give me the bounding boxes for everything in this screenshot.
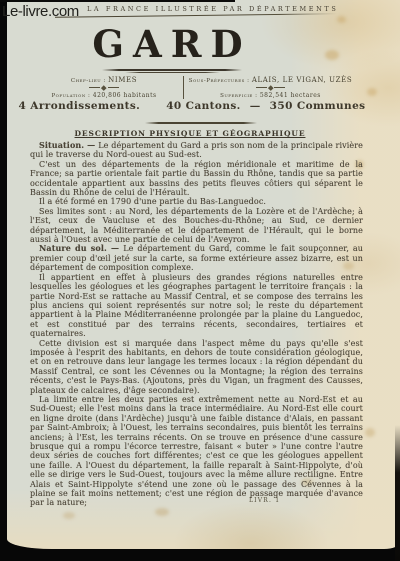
info-vertical-rule: [183, 76, 184, 99]
chef-lieu-label: Chef-lieu :: [71, 78, 106, 84]
signature-mark: LIVR. 1: [249, 497, 280, 504]
paragraph-text: Cette division est si marquée dans l'asp…: [30, 339, 363, 395]
sous-prefectures-label: Sous-Préfectures :: [189, 78, 250, 84]
paragraph: Il a été formé en 1790 d'une partie du B…: [30, 197, 363, 206]
paragraph-text: La limite entre les deux parties est ext…: [30, 395, 363, 507]
collection-header: LA FRANCE ILLUSTRÉE PAR DÉPARTEMENTS: [87, 5, 312, 13]
scanned-book-photo: { "watermark": "Le-livre.com", "collecti…: [0, 0, 400, 561]
title-underline-2: [125, 72, 220, 73]
arrondissements-count: 4 Arrondissements.: [19, 100, 141, 112]
paragraph: Cette division est si marquée dans l'asp…: [30, 339, 363, 395]
title-underline: [102, 69, 242, 71]
population-value: 420,806 habitants: [93, 92, 157, 99]
paragraph-lead: Nature du sol. —: [39, 243, 123, 253]
scan-top-edge: [0, 0, 235, 2]
cantons-count: 40 Cantons.: [166, 100, 241, 112]
body-text: Situation. — Le département du Gard a pr…: [30, 141, 363, 508]
section-heading: DESCRIPTION PHYSIQUE ET GÉOGRAPHIQUE: [25, 129, 355, 138]
department-info-block: Chef-lieu : NIMES Population : 420,806 h…: [29, 76, 353, 99]
superficie-value: 582,541 hectares: [260, 92, 321, 99]
divisions-separator: —: [250, 100, 261, 112]
foxing-spot: [337, 16, 346, 23]
administrative-divisions-line: 4 Arrondissements. 40 Cantons. — 350 Com…: [37, 100, 347, 112]
chef-lieu-line: Chef-lieu : NIMES: [29, 76, 179, 84]
book-page: LA FRANCE ILLUSTRÉE PAR DÉPARTEMENTS GAR…: [7, 0, 400, 549]
paragraph: Il appartient en effet à plusieurs des g…: [30, 273, 363, 339]
scan-right-edge-shadow: [395, 425, 400, 561]
paragraph-text: Il a été formé en 1790 d'une partie du B…: [39, 197, 266, 206]
foxing-spot: [365, 428, 375, 437]
paragraph-text: Ses limites sont : au Nord, les départem…: [30, 207, 363, 244]
ornament-divider: [188, 86, 353, 90]
page-title: GARD: [7, 22, 337, 66]
sous-prefectures-line: Sous-Préfectures : ALAIS, LE VIGAN, UZÈS: [188, 76, 353, 84]
foxing-spot: [155, 508, 169, 516]
info-right-column: Sous-Préfectures : ALAIS, LE VIGAN, UZÈS…: [188, 76, 353, 99]
foxing-spot: [63, 512, 75, 519]
info-left-column: Chef-lieu : NIMES Population : 420,806 h…: [29, 76, 179, 99]
paragraph: La limite entre les deux parties est ext…: [30, 395, 363, 508]
seller-watermark: Le-livre.com: [2, 3, 79, 20]
paragraph-text: C'est un des départements de la région m…: [30, 160, 363, 197]
sous-prefectures-value: ALAIS, LE VIGAN, UZÈS: [252, 76, 352, 84]
paragraph-lead: Situation. —: [39, 140, 98, 150]
paragraph: Situation. — Le département du Gard a pr…: [30, 141, 363, 160]
population-line: Population : 420,806 habitants: [29, 92, 179, 99]
header-rule: [55, 13, 337, 17]
population-label: Population :: [51, 93, 90, 99]
divisions-underline: [145, 122, 257, 124]
paragraph-text: Il appartient en effet à plusieurs des g…: [30, 273, 363, 338]
superficie-line: Superficie : 582,541 hectares: [188, 92, 353, 99]
chef-lieu-value: NIMES: [108, 76, 137, 84]
superficie-label: Superficie :: [220, 93, 257, 99]
foxing-spot: [367, 88, 377, 96]
communes-count: 350 Communes: [270, 100, 366, 112]
paragraph: Nature du sol. — Le département du Gard,…: [30, 244, 363, 272]
paragraph: Ses limites sont : au Nord, les départem…: [30, 207, 363, 245]
ornament-divider: [29, 86, 179, 90]
paragraph: C'est un des départements de la région m…: [30, 160, 363, 198]
